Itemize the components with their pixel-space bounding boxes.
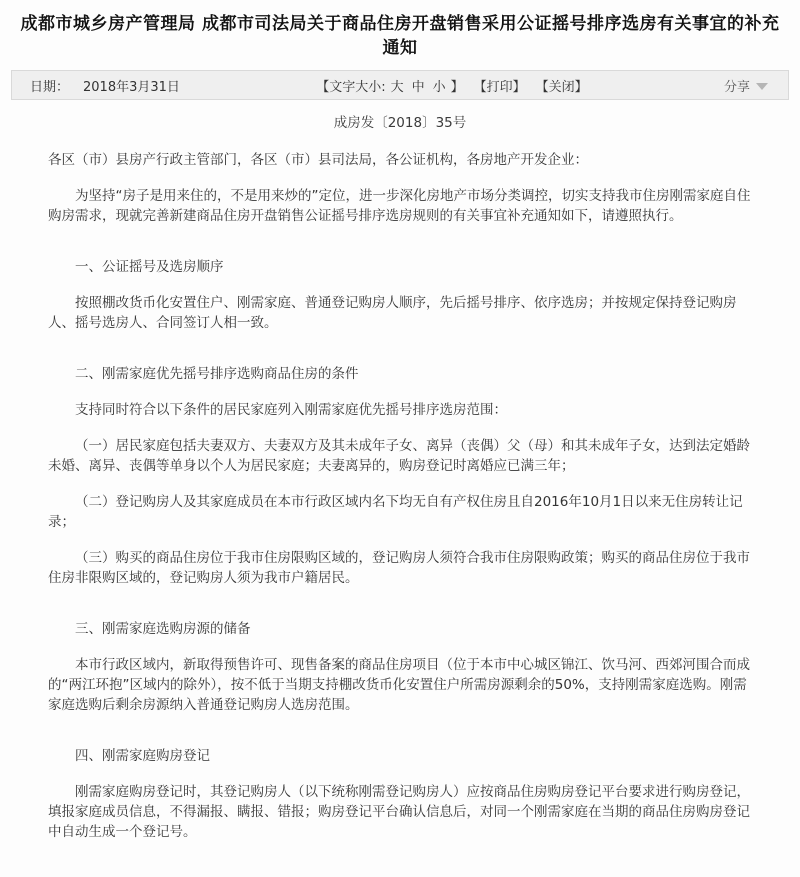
paragraph: （一）居民家庭包括夫妻双方、夫妻双方及其未成年子女、离异（丧偶）父（母）和其未成… (48, 436, 752, 476)
toolbar-date-section: 日期： 2018年3月31日 (30, 76, 180, 95)
document-number: 成房发〔2018〕35号 (0, 114, 800, 132)
font-size-suffix-label: 】 (451, 76, 464, 95)
font-size-large-button[interactable]: 大 (388, 76, 407, 95)
font-size-medium-button[interactable]: 中 (409, 76, 428, 95)
font-size-small-button[interactable]: 小 (430, 76, 449, 95)
notice-page: 成都市城乡房产管理局 成都市司法局关于商品住房开盘销售采用公证摇号排序选房有关事… (0, 0, 800, 877)
date-value: 2018年3月31日 (83, 76, 180, 95)
paragraph: 支持同时符合以下条件的居民家庭列入刚需家庭优先摇号排序选房范围： (48, 400, 752, 420)
share-button[interactable]: 分享 (724, 76, 750, 95)
share-section: 分享 (724, 76, 768, 95)
section-heading: 二、刚需家庭优先摇号排序选购商品住房的条件 (48, 364, 752, 384)
font-size-prefix-label: 【文字大小: (316, 76, 385, 95)
page-title: 成都市城乡房产管理局 成都市司法局关于商品住房开盘销售采用公证摇号排序选房有关事… (0, 8, 800, 68)
font-size-control: 【文字大小: 大 中 小 】 (316, 76, 463, 95)
section-heading: 四、刚需家庭购房登记 (48, 746, 752, 766)
print-button[interactable]: 【打印】 (474, 76, 526, 95)
section-heading: 一、公证摇号及选房顺序 (48, 257, 752, 277)
paragraph: 本市行政区域内，新取得预售许可、现售备案的商品住房项目（位于本市中心城区锦江、饮… (48, 655, 752, 715)
paragraph: （三）购买的商品住房位于我市住房限购区域的，登记购房人须符合我市住房限购政策；购… (48, 548, 752, 588)
chevron-down-icon[interactable] (756, 83, 768, 90)
document-body: 各区（市）县房产行政主管部门，各区（市）县司法局，各公证机构，各房地产开发企业：… (0, 136, 800, 877)
paragraph: 各区（市）县房产行政主管部门，各区（市）县司法局，各公证机构，各房地产开发企业： (48, 150, 752, 170)
paragraph: 为坚持“房子是用来住的，不是用来炒的”定位，进一步深化房地产市场分类调控，切实支… (48, 186, 752, 226)
paragraph: 刚需家庭购房登记时，其登记购房人（以下统称刚需登记购房人）应按商品住房购房登记平… (48, 782, 752, 842)
toolbar-actions: 【文字大小: 大 中 小 】 【打印】 【关闭】 (316, 76, 587, 95)
paragraph: （二）登记购房人及其家庭成员在本市行政区域内名下均无自有产权住房且自2016年1… (48, 492, 752, 532)
toolbar: 日期： 2018年3月31日 【文字大小: 大 中 小 】 【打印】 【关闭】 … (11, 70, 789, 100)
section-heading: 三、刚需家庭选购房源的储备 (48, 619, 752, 639)
close-button[interactable]: 【关闭】 (536, 76, 588, 95)
paragraph: 按照棚改货币化安置住户、刚需家庭、普通登记购房人顺序，先后摇号排序、依序选房；并… (48, 293, 752, 333)
date-label: 日期： (30, 76, 69, 95)
